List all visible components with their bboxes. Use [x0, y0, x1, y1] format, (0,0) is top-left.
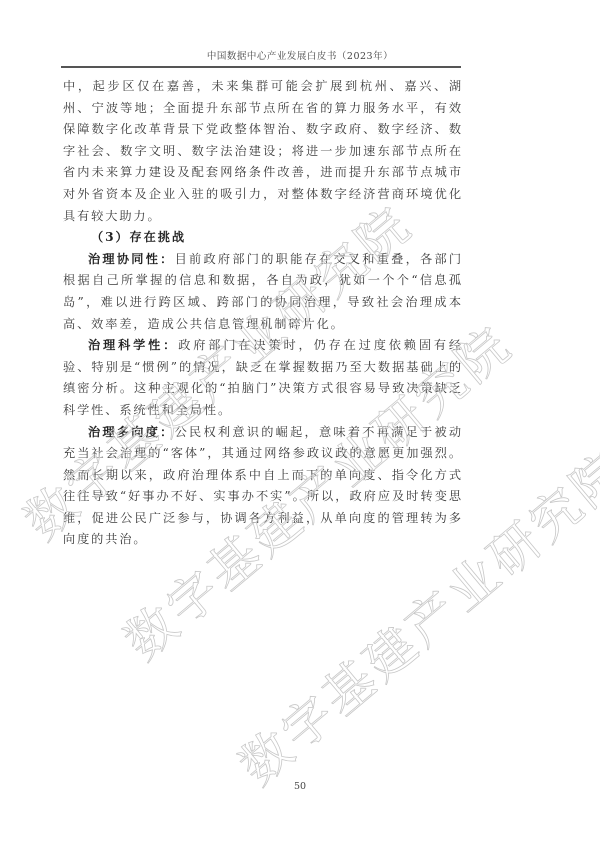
challenge-item-multidirectional: 治理多向度：公民权利意识的崛起，意味着不再满足于被动充当社会治理的“客体”，其通… — [63, 422, 463, 552]
running-header: 中国数据中心产业发展白皮书（2023年） — [0, 48, 600, 62]
item-term: 治理多向度： — [88, 425, 175, 439]
challenge-item-coordination: 治理协同性：目前政府部门的职能存在交叉和重叠，各部门根据自己所掌握的信息和数据，… — [63, 249, 463, 335]
page-body: 中，起步区仅在嘉善，未来集群可能会扩展到杭州、嘉兴、湖州、宁波等地；全面提升东部… — [63, 76, 463, 551]
intro-paragraph: 中，起步区仅在嘉善，未来集群可能会扩展到杭州、嘉兴、湖州、宁波等地；全面提升东部… — [63, 76, 463, 227]
item-term: 治理协同性： — [88, 252, 175, 266]
section-heading: （3）存在挑战 — [63, 227, 463, 249]
item-term: 治理科学性： — [88, 338, 178, 352]
header-divider — [61, 66, 461, 68]
challenge-item-scientific: 治理科学性：政府部门在决策时，仍存在过度依赖固有经验、特别是“惯例”的情况，缺乏… — [63, 335, 463, 421]
page-number: 50 — [0, 781, 600, 792]
item-text: 公民权利意识的崛起，意味着不再满足于被动充当社会治理的“客体”，其通过网络参政议… — [63, 425, 463, 547]
